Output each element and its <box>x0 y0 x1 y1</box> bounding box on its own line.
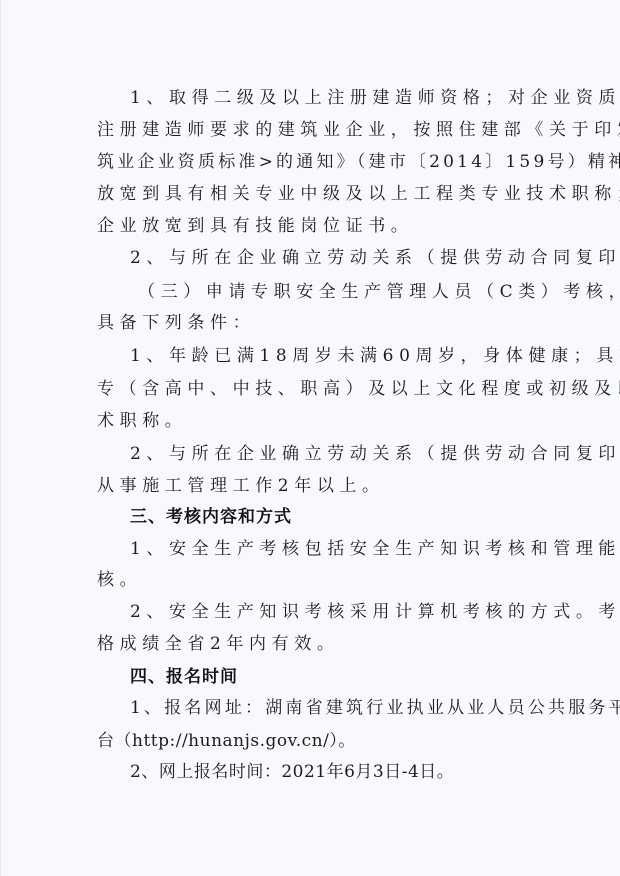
paragraph-line: 1、年龄已满18周岁未满60周岁，身体健康；具有中 <box>130 344 570 368</box>
paragraph-line: 注册建造师要求的建筑业企业，按照住建部《关于印发<建 <box>97 118 537 142</box>
subsection-heading-line: （三）申请专职安全生产管理人员（C类）考核，应当 <box>138 280 578 304</box>
section-heading-3: 三、考核内容和方式 <box>130 505 570 529</box>
document-page: 1、取得二级及以上注册建造师资格；对企业资质未作 注册建造师要求的建筑业企业，按… <box>0 0 620 876</box>
paragraph-line: 筑业企业资质标准>的通知》（建市〔2014〕159号）精神， <box>97 150 537 174</box>
registration-url-line: 台（http://hunanjs.gov.cn/）。 <box>97 729 537 753</box>
section-heading-4: 四、报名时间 <box>130 665 570 689</box>
paragraph-line: 企业放宽到具有技能岗位证书。 <box>97 214 537 238</box>
paragraph-line: 放宽到具有相关专业中级及以上工程类专业技术职称；劳务 <box>97 182 537 206</box>
paragraph-line: 核。 <box>97 568 537 592</box>
paragraph-line: 术职称。 <box>97 409 537 433</box>
registration-time-line: 2、网上报名时间：2021年6月3日-4日。 <box>130 760 570 784</box>
paragraph-line: 专（含高中、中技、职高）及以上文化程度或初级及以上技 <box>97 377 537 401</box>
paragraph-line: 2、与所在企业确立劳动关系（提供劳动合同复印件）。 <box>130 246 570 270</box>
paragraph-line: 格成绩全省2年内有效。 <box>97 632 537 656</box>
paragraph-line: 1、安全生产考核包括安全生产知识考核和管理能力考 <box>130 537 570 561</box>
paragraph-line: 1、取得二级及以上注册建造师资格；对企业资质未作 <box>130 86 570 110</box>
paragraph-line: 1、报名网址：湖南省建筑行业执业从业人员公共服务平 <box>130 696 570 720</box>
paragraph-line: 从事施工管理工作2年以上。 <box>97 474 537 498</box>
paragraph-line: 具备下列条件： <box>97 311 537 335</box>
paragraph-line: 2、与所在企业确立劳动关系（提供劳动合同复印件）， <box>130 442 570 466</box>
paragraph-line: 2、安全生产知识考核采用计算机考核的方式。考核合 <box>130 600 570 624</box>
